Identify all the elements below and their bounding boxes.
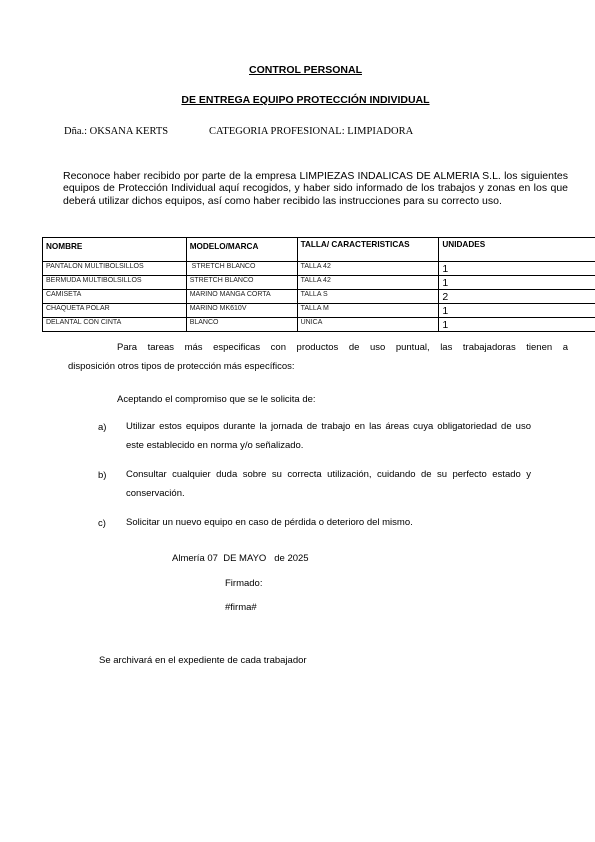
cell-unidades: 1 bbox=[439, 304, 595, 318]
employee-name: Dña.: OKSANA KERTS bbox=[64, 126, 168, 137]
cell-nombre: CHAQUETA POLAR bbox=[43, 304, 187, 318]
commitment-text-b: Consultar cualquier duda sobre su correc… bbox=[126, 465, 531, 503]
specific-tasks-paragraph-line2: disposición otros tipos de protección má… bbox=[68, 361, 295, 373]
table-row: PANTALON MULTIBOLSILLOS STRETCH BLANCOTA… bbox=[43, 262, 595, 276]
cell-unidades: 1 bbox=[439, 318, 595, 332]
signed-label: Firmado: bbox=[225, 578, 262, 589]
cell-unidades: 1 bbox=[439, 262, 595, 276]
cell-modelo: MARINO MANGA CORTA bbox=[186, 290, 297, 304]
table-row: BERMUDA MULTIBOLSILLOSSTRETCH BLANCOTALL… bbox=[43, 276, 595, 290]
header-nombre: NOMBRE bbox=[43, 238, 187, 262]
header-unidades: UNIDADES bbox=[439, 238, 595, 262]
cell-modelo: BLANCO bbox=[186, 318, 297, 332]
cell-unidades: 1 bbox=[439, 276, 595, 290]
cell-talla: TALLA S bbox=[297, 290, 439, 304]
intro-paragraph: Reconoce haber recibido por parte de la … bbox=[63, 170, 568, 207]
commitment-intro: Aceptando el compromiso que se le solici… bbox=[117, 394, 316, 406]
commitment-text-a: Utilizar estos equipos durante la jornad… bbox=[126, 417, 531, 455]
cell-talla: TALLA M bbox=[297, 304, 439, 318]
equipment-table: NOMBRE MODELO/MARCA TALLA/ CARACTERISTIC… bbox=[42, 237, 595, 332]
cell-nombre: PANTALON MULTIBOLSILLOS bbox=[43, 262, 187, 276]
header-talla: TALLA/ CARACTERISTICAS bbox=[297, 238, 439, 262]
commitment-letter-b: b) bbox=[98, 470, 106, 481]
table-row: CAMISETAMARINO MANGA CORTATALLA S2 bbox=[43, 290, 595, 304]
table-row: DELANTAL CON CINTABLANCOUNICA1 bbox=[43, 318, 595, 332]
cell-talla: TALLA 42 bbox=[297, 276, 439, 290]
cell-nombre: DELANTAL CON CINTA bbox=[43, 318, 187, 332]
cell-unidades: 2 bbox=[439, 290, 595, 304]
commitment-letter-a: a) bbox=[98, 422, 106, 433]
cell-talla: TALLA 42 bbox=[297, 262, 439, 276]
commitment-text-c: Solicitar un nuevo equipo en caso de pér… bbox=[126, 513, 531, 532]
cell-modelo: STRETCH BLANCO bbox=[186, 276, 297, 290]
document-subtitle: DE ENTREGA EQUIPO PROTECCIÓN INDIVIDUAL bbox=[8, 94, 595, 106]
header-modelo: MODELO/MARCA bbox=[186, 238, 297, 262]
cell-modelo: STRETCH BLANCO bbox=[186, 262, 297, 276]
signature-date: Almería 07 DE MAYO de 2025 bbox=[172, 553, 309, 564]
signature-placeholder: #firma# bbox=[225, 602, 257, 613]
table-header-row: NOMBRE MODELO/MARCA TALLA/ CARACTERISTIC… bbox=[43, 238, 595, 262]
cell-nombre: CAMISETA bbox=[43, 290, 187, 304]
archive-note: Se archivará en el expediente de cada tr… bbox=[99, 655, 307, 666]
professional-category: CATEGORIA PROFESIONAL: LIMPIADORA bbox=[209, 126, 413, 137]
cell-nombre: BERMUDA MULTIBOLSILLOS bbox=[43, 276, 187, 290]
commitment-letter-c: c) bbox=[98, 518, 106, 529]
document-title: CONTROL PERSONAL bbox=[8, 64, 595, 76]
cell-modelo: MARINO MK610V bbox=[186, 304, 297, 318]
specific-tasks-paragraph-line1: Para tareas más especificas con producto… bbox=[117, 342, 568, 354]
cell-talla: UNICA bbox=[297, 318, 439, 332]
table-row: CHAQUETA POLARMARINO MK610VTALLA M1 bbox=[43, 304, 595, 318]
